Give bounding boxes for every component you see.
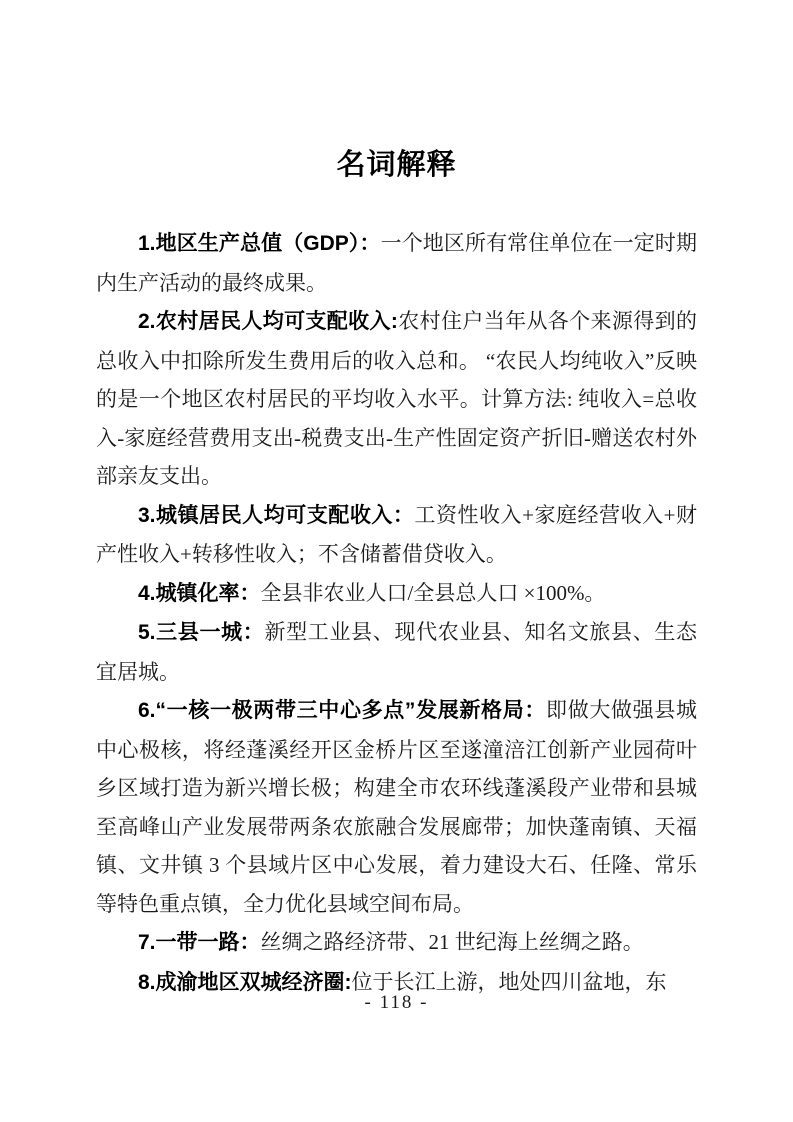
definition-item-7: 7.一带一路：丝绸之路经济带、21 世纪海上丝绸之路。 [96, 923, 697, 963]
definition-term: 7.一带一路： [138, 931, 261, 954]
definition-item-3: 3.城镇居民人均可支配收入：工资性收入+家庭经营收入+财产性收入+转移性收入；不… [96, 496, 697, 574]
definition-item-4: 4.城镇化率：全县非农业人口/全县总人口 ×100%。 [96, 574, 697, 614]
definition-body: 位于长江上游，地处四川盆地，东 [352, 970, 667, 994]
definition-body: 即做大做强县城中心极核，将经蓬溪经开区金桥片区至遂潼涪江创新产业园荷叶乡区域打造… [96, 698, 697, 916]
definition-item-2: 2.农村居民人均可支配收入:农村住户当年从各个来源得到的总收入中扣除所发生费用后… [96, 302, 697, 496]
definition-term: 4.城镇化率： [138, 582, 261, 605]
text-block: 名词解释 1.地区生产总值（GDP）：一个地区所有常住单位在一定时期内生产活动的… [96, 146, 697, 1002]
definition-term: 2.农村居民人均可支配收入: [138, 310, 398, 333]
definition-item-1: 1.地区生产总值（GDP）：一个地区所有常住单位在一定时期内生产活动的最终成果。 [96, 224, 697, 302]
definition-term: 5.三县一城： [138, 621, 264, 644]
definition-item-6: 6.“一核一极两带三中心多点”发展新格局：即做大做强县城中心极核，将经蓬溪经开区… [96, 691, 697, 923]
definition-body: 全县非农业人口/全县总人口 ×100%。 [261, 581, 606, 605]
definition-term: 6.“一核一极两带三中心多点”发展新格局： [138, 699, 546, 722]
definition-term: 1.地区生产总值（GDP）： [138, 232, 381, 255]
definition-body: 农村住户当年从各个来源得到的总收入中扣除所发生费用后的收入总和。 “农民人均纯收… [96, 309, 697, 488]
document-page: 名词解释 1.地区生产总值（GDP）：一个地区所有常住单位在一定时期内生产活动的… [0, 0, 793, 1122]
definitions-list: 1.地区生产总值（GDP）：一个地区所有常住单位在一定时期内生产活动的最终成果。… [96, 224, 697, 1002]
definition-item-5: 5.三县一城：新型工业县、现代农业县、知名文旅县、生态宜居城。 [96, 613, 697, 691]
definition-term: 3.城镇居民人均可支配收入： [138, 504, 414, 527]
definition-body: 丝绸之路经济带、21 世纪海上丝绸之路。 [261, 930, 644, 954]
page-number: - 118 - [0, 991, 793, 1015]
page-title: 名词解释 [96, 146, 697, 184]
